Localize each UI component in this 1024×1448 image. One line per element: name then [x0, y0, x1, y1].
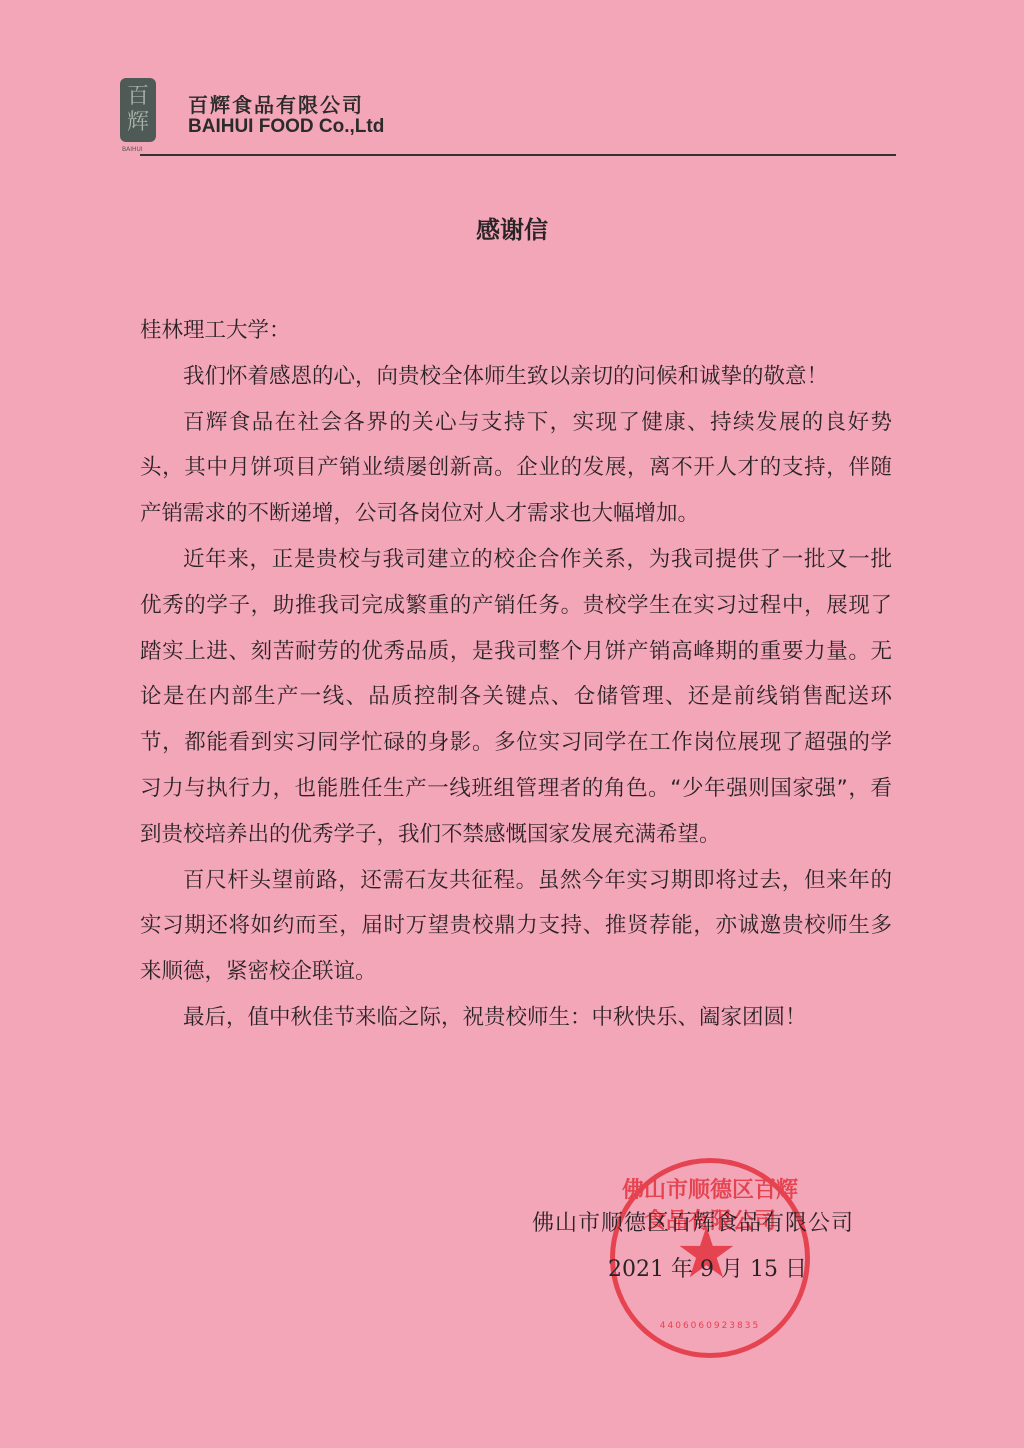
signer-name: 佛山市顺德区百辉食品有限公司: [532, 1206, 854, 1237]
company-logo: 百 辉: [120, 78, 156, 142]
paragraph: 百尺杆头望前路，还需石友共征程。虽然今年实习期即将过去，但来年的实习期还将如约而…: [140, 858, 892, 995]
letter-body: 桂林理工大学： 我们怀着感恩的心，向贵校全体师生致以亲切的问候和诚挚的敬意！ 百…: [140, 308, 892, 1041]
letter-date: 2021 年 9 月 15 日: [608, 1252, 807, 1283]
paragraph: 百辉食品在社会各界的关心与支持下，实现了健康、持续发展的良好势头，其中月饼项目产…: [140, 400, 892, 537]
seal-code: 4406060923835: [645, 1321, 775, 1331]
company-name-cn: 百辉食品有限公司: [188, 89, 364, 118]
paragraph: 我们怀着感恩的心，向贵校全体师生致以亲切的问候和诚挚的敬意！: [140, 354, 892, 400]
logo-glyph: 辉: [127, 110, 149, 136]
paragraph: 最后，值中秋佳节来临之际，祝贵校师生：中秋快乐、阖家团圆！: [140, 995, 892, 1041]
salutation: 桂林理工大学：: [140, 308, 892, 354]
letter-title: 感谢信: [0, 210, 1024, 245]
logo-subtext: BAIHUI: [122, 146, 143, 153]
company-name-en: BAIHUI FOOD Co.,Ltd: [188, 116, 384, 138]
header-divider: [140, 154, 896, 156]
paragraph: 近年来，正是贵校与我司建立的校企合作关系，为我司提供了一批又一批优秀的学子，助推…: [140, 537, 892, 858]
logo-glyph: 百: [127, 84, 149, 110]
